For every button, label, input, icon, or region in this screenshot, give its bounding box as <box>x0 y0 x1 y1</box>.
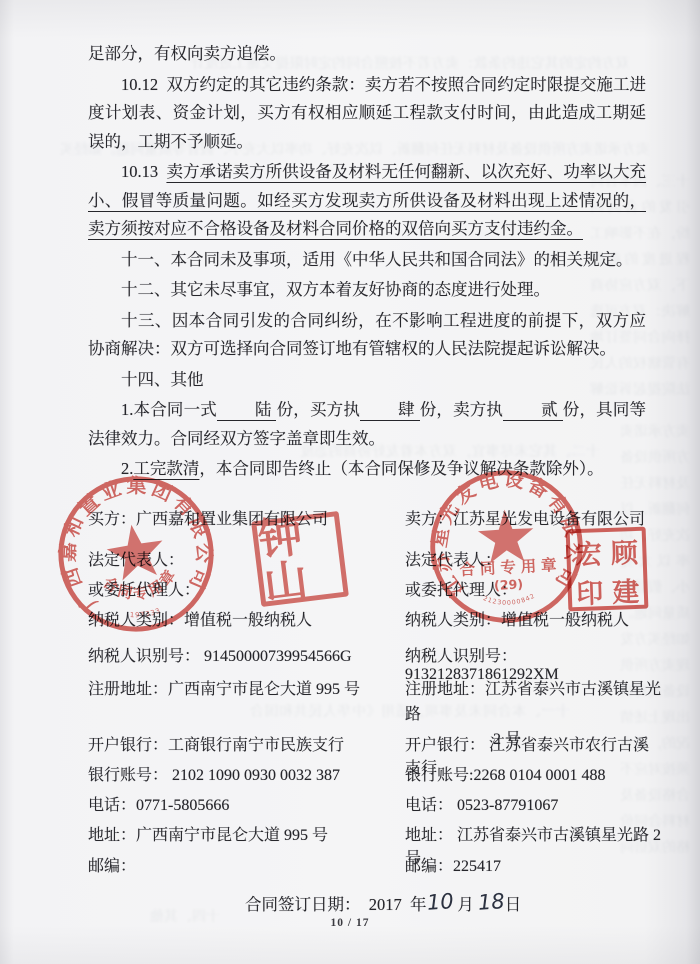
clause-10-12: 10.12 双方约定的其它违约条款：卖方若不按照合同约定时限提交施工进度计划表、… <box>88 71 646 157</box>
buyer-company-seal: 广西嘉和置业集团有限公司 合同专用章 197333 <box>40 458 232 650</box>
clause-11: 十一、本合同未及事项，适用《中华人民共和国合同法》的相关规定。 <box>88 246 646 275</box>
scanned-contract-page: 双方约定的其它违约条款：卖方若不按照合同约定时限提交施工进度计划表、资金计划，买… <box>0 0 700 964</box>
buyer-account-row: 银行账号： 2102 1090 0930 0032 387 <box>88 762 393 792</box>
buyer-tax-id-row: 纳税人识别号： 91450000739954566G <box>88 643 393 677</box>
svg-text:合同专用章: 合同专用章 <box>98 562 184 608</box>
copies-seller-blank: 贰 <box>503 400 563 421</box>
seller-reg-address-row: 注册地址：江苏省泰兴市古溪镇星光路2 号 <box>405 677 663 732</box>
clause-14-1: 1.本合同一式陆份，买方执肆份，卖方执贰份，具同等法律效力。合同经双方签字盖章即… <box>88 396 646 453</box>
page-number: 10 / 17 <box>0 917 700 929</box>
seller-seal-caption-text: 合同专用章 <box>459 555 562 579</box>
buyer-address-row: 地址：广西南宁市昆仑大道 995 号 <box>88 822 393 853</box>
seller-address-row: 地址： 江苏省泰兴市古溪镇星光路 2 号 <box>405 822 663 853</box>
copies-total-blank: 陆 <box>217 400 277 421</box>
clause-12: 十二、其它未尽事宜，双方本着友好协商的态度进行处理。 <box>88 276 646 305</box>
svg-text:197333: 197333 <box>128 606 162 621</box>
clause-10-13: 10.13 卖方承诺卖方所供设备及材料无任何翻新、以次充好、功率以大充小、假冒等… <box>88 158 646 244</box>
seller-name-stamp: 宏顾 印建 <box>566 527 649 612</box>
bleed-through-text: 十四、其他 <box>80 905 220 957</box>
signing-year: 2017 <box>369 895 402 914</box>
clause-continuation: 足部分，有权向卖方追偿。 <box>88 40 646 69</box>
seller-seal-number-text: (29) <box>494 576 524 593</box>
signing-month-handwritten: 10 <box>426 889 454 915</box>
clause-13: 十三、因本合同引发的合同纠纷，在不影响工程进度的前提下，双方应协商解决：双方可选… <box>88 307 646 364</box>
seller-tax-id-row: 纳税人识别号：9132128371861292XM <box>405 643 663 677</box>
seller-zip-row: 邮编：225417 <box>405 853 663 883</box>
signing-day-handwritten: 18 <box>477 889 505 915</box>
seller-account-row: 银行账号:2268 0104 0001 488 <box>405 762 663 792</box>
signing-date: 合同签订日期： 2017 年10 月 18日 <box>245 891 521 915</box>
buyer-zip-row: 邮编： <box>88 853 393 883</box>
contract-body: 足部分，有权向卖方追偿。 10.12 双方约定的其它违约条款：卖方若不按照合同约… <box>88 40 646 486</box>
buyer-seal-caption-text: 合同专用章 <box>98 562 184 608</box>
clause-14: 十四、其他 <box>88 366 646 395</box>
buyer-phone-row: 电话：0771-5805666 <box>88 792 393 822</box>
seller-phone-row: 电话： 0523-87791067 <box>405 792 663 822</box>
buyer-bank-row: 开户银行：工商银行南宁市民族支行 <box>88 732 393 762</box>
seal-star-icon <box>104 520 168 582</box>
seal-star-icon <box>477 508 535 564</box>
buyer-reg-address-row: 注册地址：广西南宁市昆仑大道 995 号 <box>88 677 393 732</box>
copies-buyer-blank: 肆 <box>360 400 420 421</box>
seller-bank-row: 开户银行： 江苏省泰兴市农行古溪支行 <box>405 732 663 762</box>
buyer-seal-serial-text: 197333 <box>128 606 162 621</box>
buyer-name-stamp: 钟山 <box>251 511 349 607</box>
